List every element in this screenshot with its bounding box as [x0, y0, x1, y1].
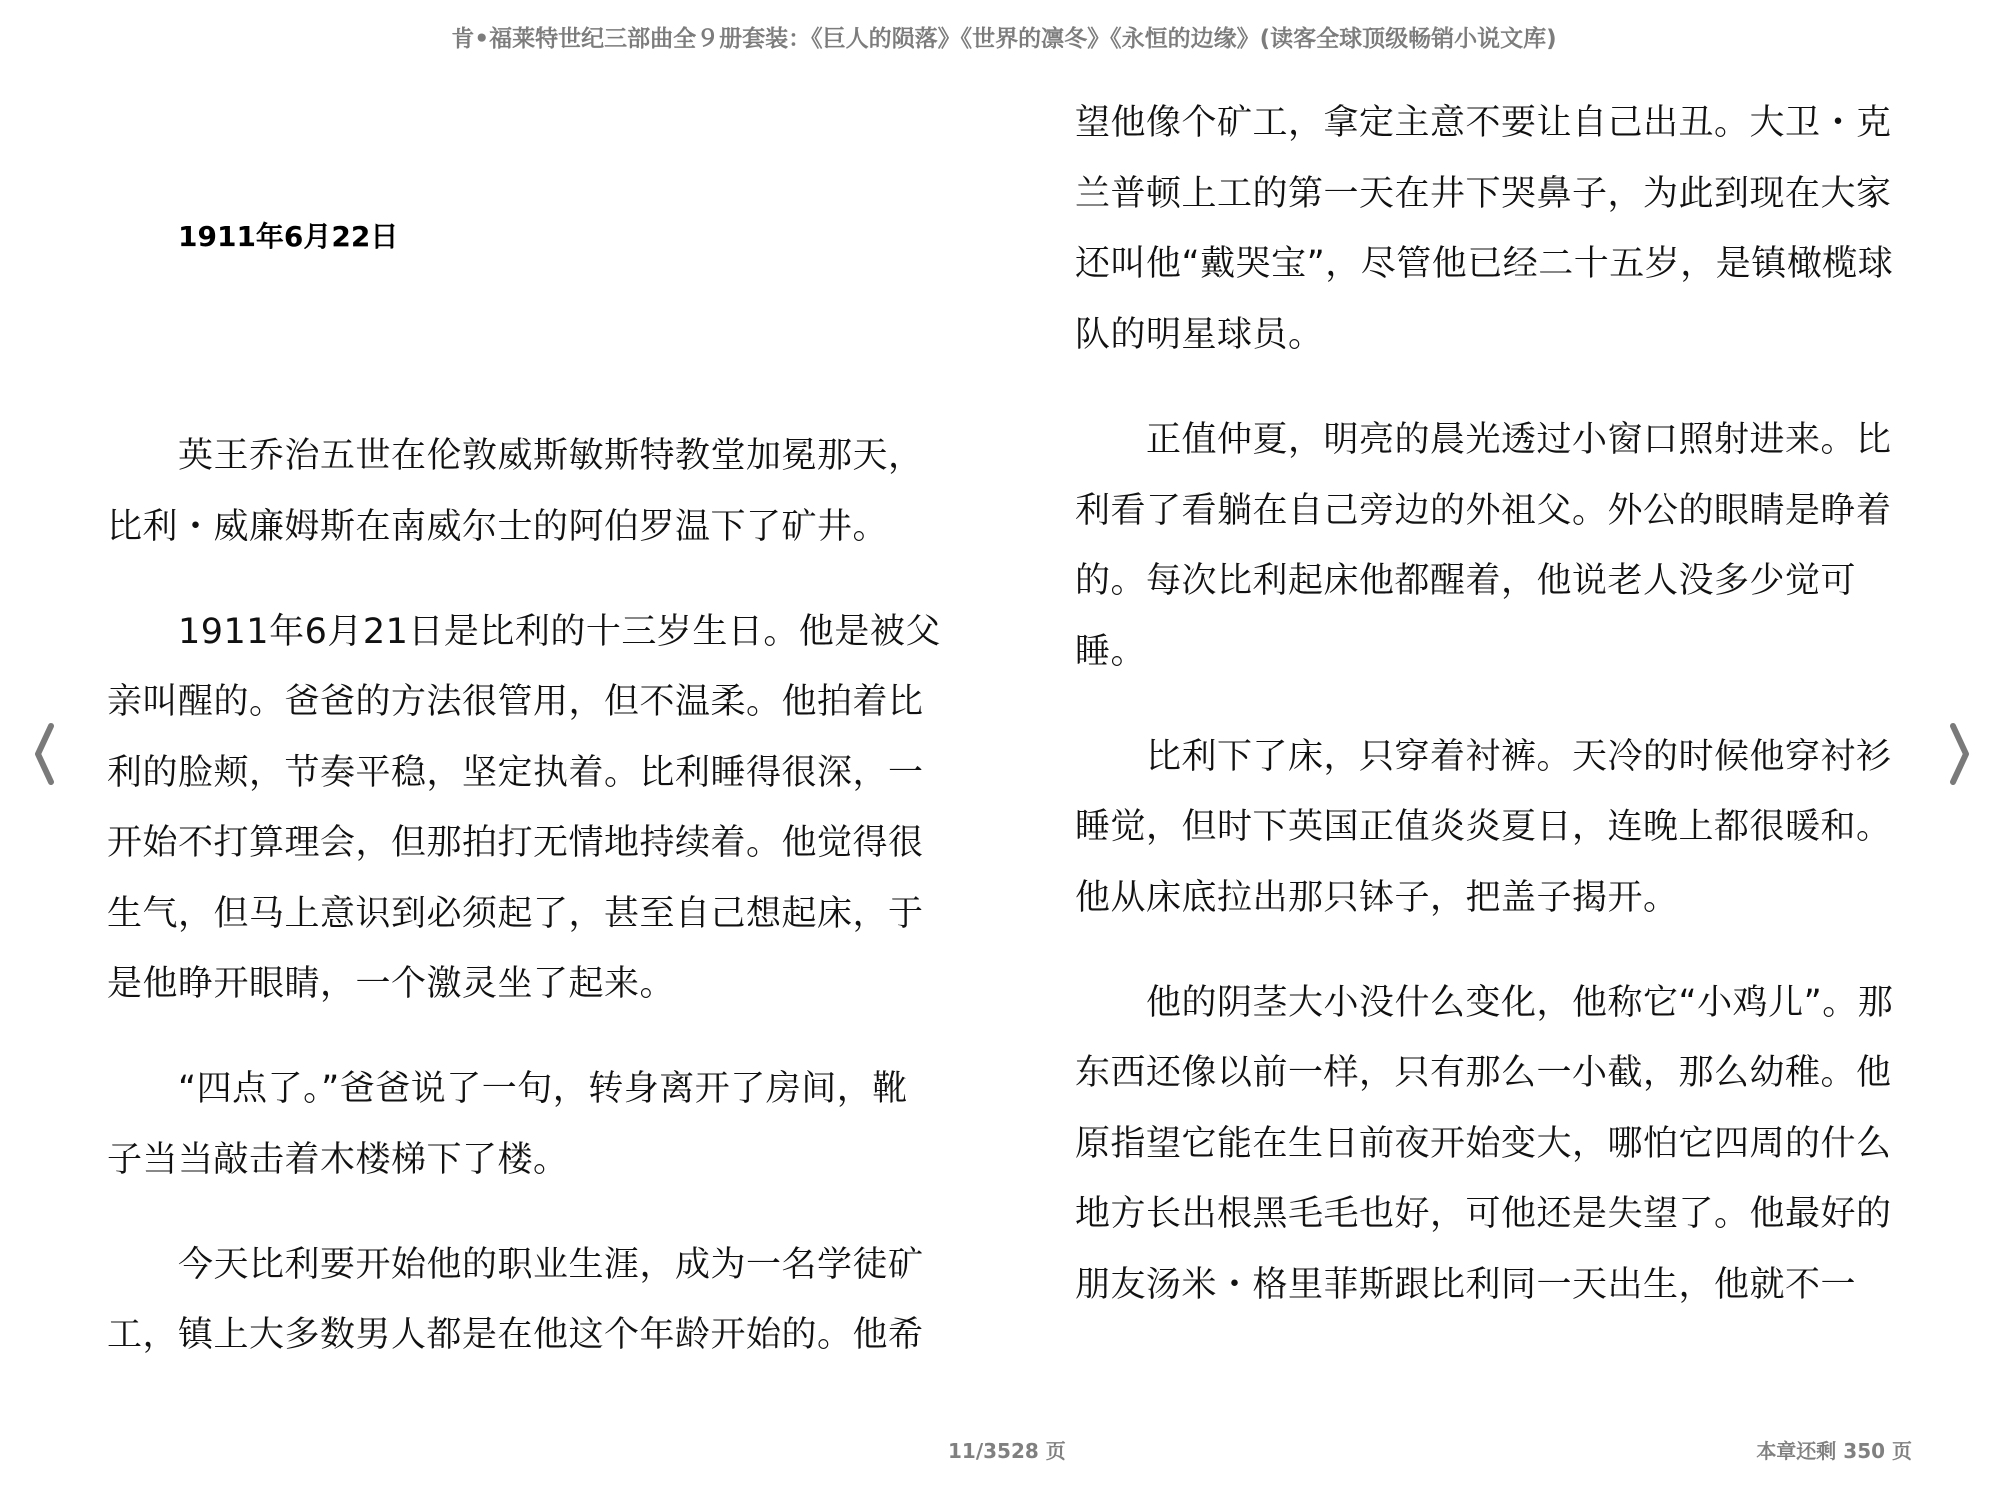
text-line: 睡觉，但时下英国正值炎炎夏日，连晚上都很暖和。 — [1075, 805, 1892, 849]
page-count: 11/3528 页 — [948, 1438, 1066, 1464]
previous-page-button[interactable] — [24, 714, 64, 794]
text-line: 还叫他“戴哭宝”，尽管他已经二十五岁，是镇橄榄球 — [1075, 242, 1893, 286]
book-title: 肯•福莱特世纪三部曲全９册套装：《巨人的陨落》《世界的凛冬》《永恒的边缘》(读客… — [0, 24, 2008, 54]
text-line: 开始不打算理会，但那拍打无情地持续着。他觉得很 — [107, 821, 924, 865]
text-line: 工，镇上大多数男人都是在他这个年龄开始的。他希 — [107, 1313, 924, 1357]
chapter-remaining-pages: 本章还剩 350 页 — [1756, 1438, 1912, 1464]
text-line: 子当当敲击着木楼梯下了楼。 — [107, 1138, 569, 1182]
text-line: 睡。 — [1075, 630, 1146, 674]
text-line: 东西还像以前一样，只有那么一小截，那么幼稚。他 — [1075, 1051, 1892, 1095]
paragraph-first-line: 今天比利要开始他的职业生涯，成为一名学徒矿 — [178, 1243, 924, 1287]
text-line: 他从床底拉出那只钵子，把盖子揭开。 — [1075, 876, 1679, 920]
paragraph-first-line: “四点了。”爸爸说了一句，转身离开了房间，靴 — [178, 1067, 908, 1111]
chevron-right-icon — [1940, 714, 1980, 794]
text-line: 的。每次比利起床他都醒着，他说老人没多少觉可 — [1075, 559, 1856, 603]
text-line: 队的明星球员。 — [1075, 313, 1324, 357]
text-line: 朋友汤米・格里菲斯跟比利同一天出生，他就不一 — [1075, 1263, 1856, 1307]
chevron-left-icon — [24, 714, 64, 794]
text-line: 生气，但马上意识到必须起了，甚至自己想起床，于 — [107, 892, 924, 936]
paragraph-first-line: 英王乔治五世在伦敦威斯敏斯特教堂加冕那天， — [178, 434, 924, 478]
paragraph-first-line: 比利下了床，只穿着衬裤。天冷的时候他穿衬衫 — [1146, 735, 1892, 779]
paragraph-first-line: 正值仲夏，明亮的晨光透过小窗口照射进来。比 — [1146, 418, 1892, 462]
text-line: 原指望它能在生日前夜开始变大，哪怕它四周的什么 — [1075, 1122, 1892, 1166]
paragraph-first-line: 他的阴茎大小没什么变化，他称它“小鸡儿”。那 — [1146, 981, 1893, 1025]
text-line: 比利・威廉姆斯在南威尔士的阿伯罗温下了矿井。 — [107, 505, 888, 549]
text-line: 利看了看躺在自己旁边的外祖父。外公的眼睛是睁着 — [1075, 489, 1892, 533]
chapter-date-heading: 1911年6月22日 — [178, 220, 398, 254]
text-line: 亲叫醒的。爸爸的方法很管用，但不温柔。他拍着比 — [107, 680, 924, 724]
text-line: 利的脸颊，节奏平稳，坚定执着。比利睡得很深，一 — [107, 751, 924, 795]
text-line: 兰普顿上工的第一天在井下哭鼻子，为此到现在大家 — [1075, 172, 1892, 216]
text-line: 地方长出根黑毛毛也好，可他还是失望了。他最好的 — [1075, 1192, 1892, 1236]
text-line: 望他像个矿工，拿定主意不要让自己出丑。大卫・克 — [1075, 101, 1892, 145]
next-page-button[interactable] — [1940, 714, 1980, 794]
text-line: 是他睁开眼睛，一个激灵坐了起来。 — [107, 962, 675, 1006]
paragraph-first-line: 1911年6月21日是比利的十三岁生日。他是被父 — [178, 610, 941, 654]
